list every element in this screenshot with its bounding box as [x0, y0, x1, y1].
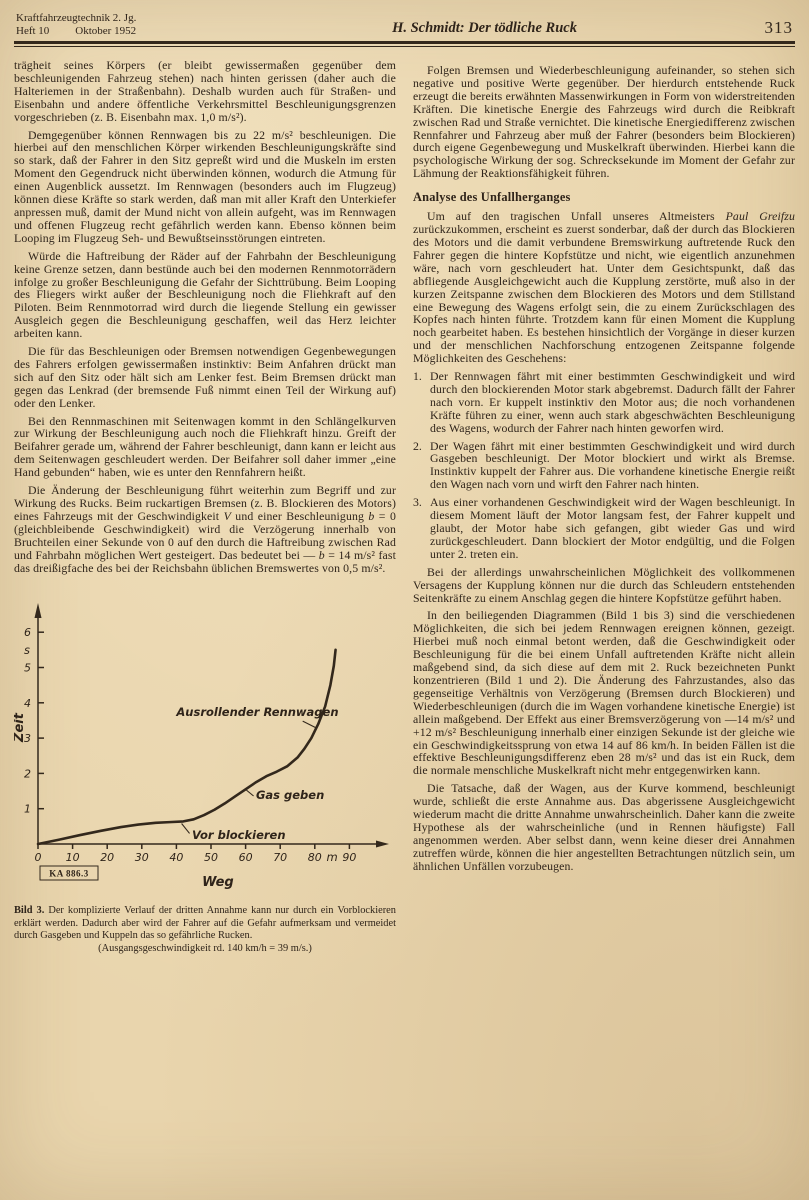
- paragraph: In den beiliegenden Diagrammen (Bild 1 b…: [413, 609, 795, 777]
- list-text: Der Wagen fährt mit einer bestimmten Ges…: [430, 440, 795, 492]
- page-header: Kraftfahrzeugtechnik 2. Jg. Heft 10 Okto…: [0, 0, 809, 38]
- paragraph: trägheit seines Körpers (er bleibt gewis…: [14, 59, 396, 124]
- journal-info: Kraftfahrzeugtechnik 2. Jg. Heft 10 Okto…: [16, 12, 246, 38]
- x-tick-label: 20: [100, 851, 114, 864]
- left-column: trägheit seines Körpers (er bleibt gewis…: [14, 59, 396, 956]
- annotation-leader: [182, 824, 190, 834]
- x-unit-label: m: [326, 850, 337, 864]
- journal-issue-line: Heft 10 Oktober 1952: [16, 25, 246, 38]
- paragraph: Die Änderung der Beschleunigung führt we…: [14, 484, 396, 574]
- paragraph: Würde die Haftreibung der Räder auf der …: [14, 250, 396, 340]
- list-item: 3. Aus einer vorhandenen Geschwindigkeit…: [413, 496, 795, 561]
- paragraph: Bei der allerdings unwahrscheinlichen Mö…: [413, 566, 795, 605]
- x-tick-label: 80: [308, 851, 322, 864]
- x-tick-label: 50: [204, 851, 218, 864]
- x-tick-label: 70: [273, 851, 287, 864]
- paragraph: Um auf den tragischen Unfall unseres Alt…: [413, 210, 795, 365]
- y-axis-arrow: [35, 603, 42, 618]
- x-tick-label: 0: [35, 851, 42, 864]
- section-heading: Analyse des Unfallherganges: [413, 190, 795, 205]
- x-axis-label: Weg: [202, 875, 234, 890]
- paragraph: Folgen Bremsen und Wiederbeschleunigung …: [413, 64, 795, 180]
- x-tick-label: 10: [66, 851, 80, 864]
- x-axis-arrow: [376, 841, 389, 848]
- annotation-label: Ausrollender Rennwagen: [175, 706, 338, 720]
- list-number: 2.: [413, 440, 430, 492]
- caption-text-block: Bild 3. Der komplizierte Verlauf der dri…: [14, 905, 396, 942]
- y-tick-label: 1: [24, 803, 31, 816]
- issue-date: Oktober 1952: [75, 25, 136, 38]
- list-number: 3.: [413, 496, 430, 561]
- header-rule-thick: [14, 41, 795, 44]
- y-tick-label: 4: [24, 697, 31, 710]
- journal-page: Kraftfahrzeugtechnik 2. Jg. Heft 10 Okto…: [0, 0, 809, 1200]
- figure-bild-3: 0102030405060708090m123456sWegZeitAusrol…: [14, 594, 396, 955]
- paragraph: Demgegenüber können Rennwagen bis zu 22 …: [14, 129, 396, 245]
- list-text: Aus einer vorhandenen Geschwindigkeit wi…: [430, 496, 795, 561]
- annotation-leader: [303, 722, 317, 729]
- x-tick-label: 30: [135, 851, 149, 864]
- y-axis-label: Zeit: [14, 713, 27, 744]
- x-tick-label: 60: [239, 851, 253, 864]
- annotation-label: Vor blockieren: [192, 828, 286, 842]
- x-tick-label: 90: [342, 851, 356, 864]
- paragraph: Die Tatsache, daß der Wagen, aus der Kur…: [413, 782, 795, 872]
- list-number: 1.: [413, 370, 430, 435]
- caption-label: Bild 3.: [14, 905, 44, 916]
- issue-number: Heft 10: [16, 25, 49, 38]
- right-column: Folgen Bremsen und Wiederbeschleunigung …: [413, 59, 795, 956]
- caption-text: Der komplizierte Verlauf der dritten Ann…: [14, 905, 396, 941]
- running-title: H. Schmidt: Der tödliche Ruck: [246, 20, 723, 38]
- list-item: 2. Der Wagen fährt mit einer bestimmten …: [413, 440, 795, 492]
- page-number: 313: [723, 18, 793, 38]
- annotation-leader: [246, 790, 253, 796]
- y-unit-label: s: [24, 643, 30, 657]
- x-tick-label: 40: [169, 851, 183, 864]
- list-item: 1. Der Rennwagen fährt mit einer bestimm…: [413, 370, 795, 435]
- two-column-body: trägheit seines Körpers (er bleibt gewis…: [0, 47, 809, 956]
- stamp-text: KA 886.3: [49, 869, 89, 879]
- journal-title: Kraftfahrzeugtechnik 2. Jg.: [16, 12, 246, 25]
- paragraph: Die für das Beschleunigen oder Bremsen n…: [14, 345, 396, 410]
- weg-zeit-chart: 0102030405060708090m123456sWegZeitAusrol…: [14, 594, 396, 894]
- figure-caption: Bild 3. Der komplizierte Verlauf der dri…: [14, 905, 396, 955]
- y-tick-label: 6: [24, 627, 31, 640]
- data-curve: [38, 650, 336, 844]
- list-text: Der Rennwagen fährt mit einer bestimmten…: [430, 370, 795, 435]
- paragraph: Bei den Rennmaschinen mit Seitenwagen ko…: [14, 415, 396, 480]
- y-tick-label: 2: [24, 768, 31, 781]
- y-tick-label: 5: [24, 662, 31, 675]
- caption-speed-note: (Ausgangsgeschwindigkeit rd. 140 km/h = …: [14, 943, 396, 955]
- annotation-label: Gas geben: [256, 788, 324, 802]
